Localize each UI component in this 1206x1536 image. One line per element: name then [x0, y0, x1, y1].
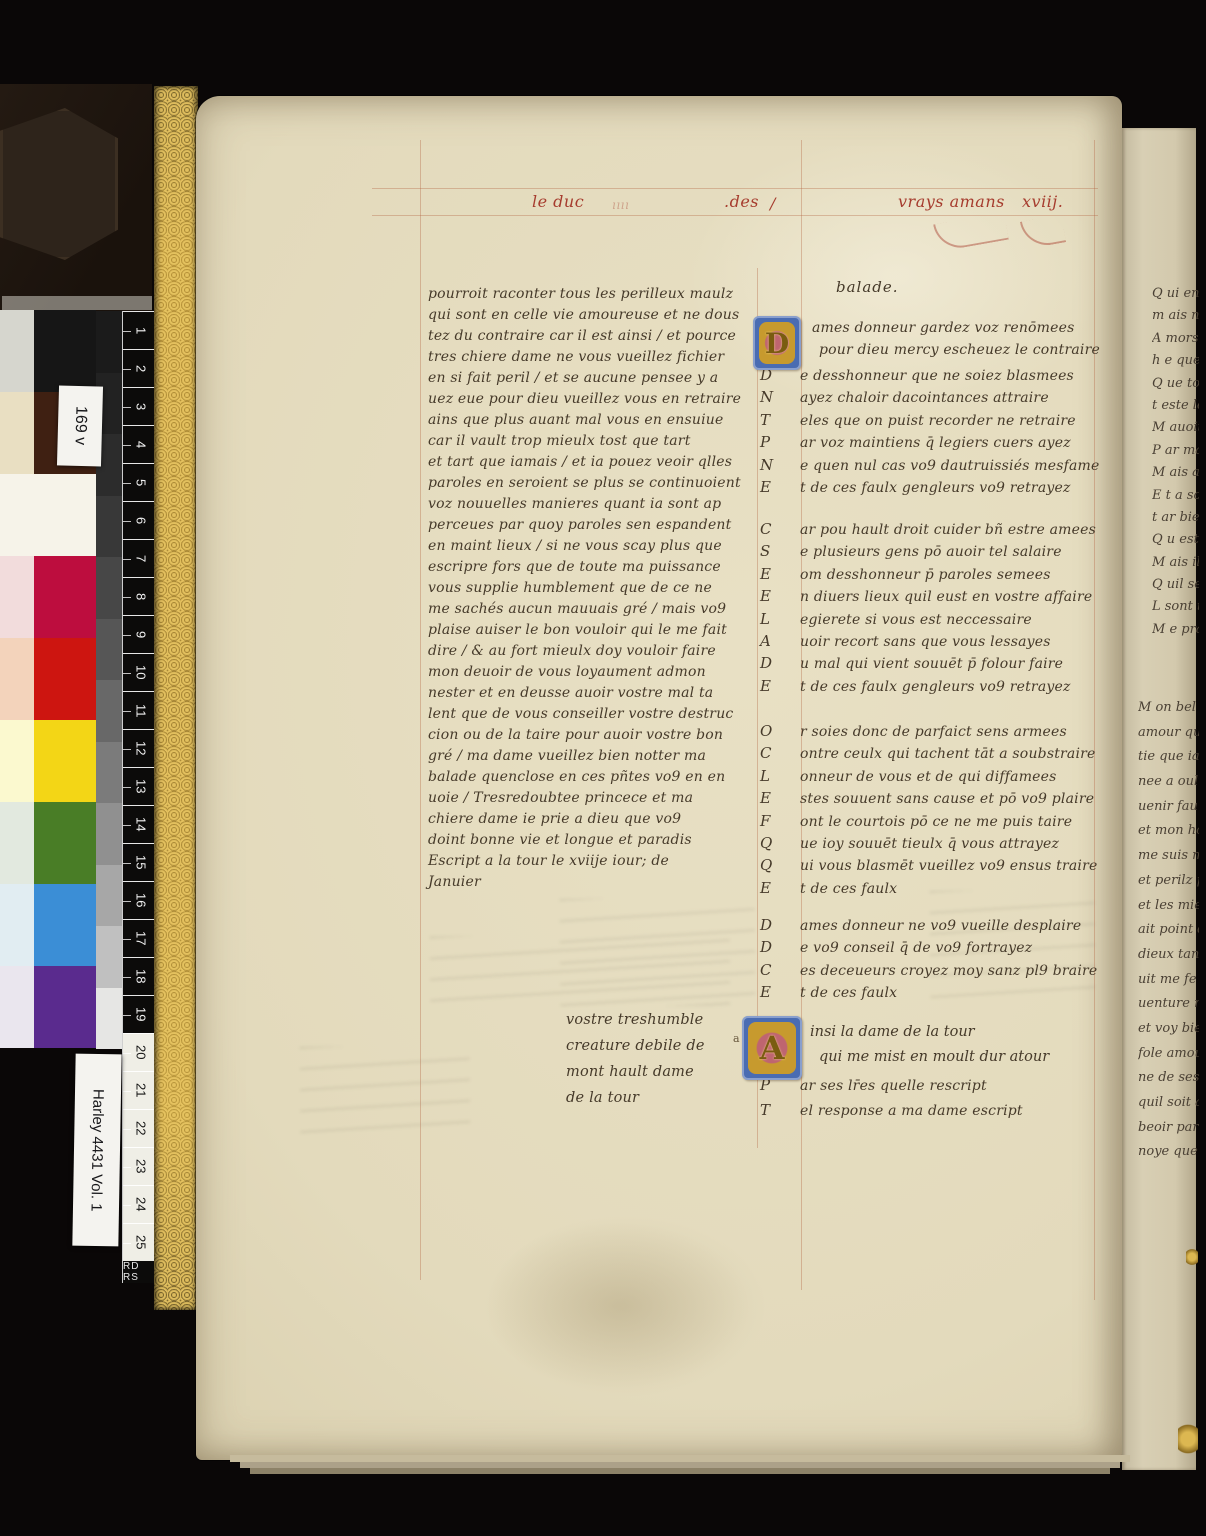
line-initial: L — [760, 767, 800, 785]
illuminated-initial-a: A — [742, 1016, 802, 1080]
color-patch-saturated — [34, 884, 96, 966]
manuscript-line: doint bonne vie et longue et paradis — [428, 832, 741, 853]
ruler-number: 7 — [134, 555, 149, 562]
ruler-number: 22 — [134, 1121, 149, 1135]
manuscript-line: dire / & au fort mieulx doy vouloir fair… — [428, 643, 741, 664]
poem-line: De vo9 conseil q̄ de vo9 fortrayez — [760, 938, 1097, 960]
manuscript-line: Escript a la tour le xviije iour; de — [428, 853, 741, 874]
line-initial: Q — [760, 856, 800, 874]
line-text: ames donneur ne vo9 vueille desplaire — [800, 918, 1081, 934]
manuscript-line: ains que plus auant mal vous en ensuiue — [428, 412, 741, 433]
signature-line: creature debile de — [566, 1038, 705, 1064]
fore-edge-line: Q uil sen — [1152, 577, 1199, 599]
ruler-number: 4 — [134, 441, 149, 448]
ruler-number: 19 — [134, 1007, 149, 1021]
balade-envoy: Dames donneur ne vo9 vueille desplaireDe… — [760, 916, 1097, 1006]
line-text: egierete si vous est neccessaire — [800, 612, 1032, 628]
poem-line: De desshonneur que ne soiez blasmees — [760, 366, 1099, 388]
page-edge — [250, 1468, 1110, 1474]
fore-edge-line: et mon hon — [1138, 823, 1199, 848]
line-text: t de ces faulx — [800, 881, 897, 897]
ruler-number: 20 — [134, 1045, 149, 1059]
poem-line: Et de ces faulx — [760, 983, 1097, 1005]
line-text: e plusieurs gens pō auoir tel salaire — [800, 544, 1062, 560]
grayscale-step — [96, 742, 124, 804]
color-patch-saturated — [34, 966, 96, 1048]
poem-line: Ne quen nul cas vo9 dautruissiés mesfame — [760, 456, 1099, 478]
ruler-number: 25 — [134, 1235, 149, 1249]
fore-edge-line: noye que la — [1138, 1144, 1199, 1169]
line-initial: N — [760, 388, 800, 406]
line-initial: E — [760, 983, 800, 1001]
line-text: stes souuent sans cause et pō vo9 plaire — [800, 791, 1094, 807]
line-initial: S — [760, 542, 800, 560]
manuscript-line: en maint lieux / si ne vous scay plus qu… — [428, 538, 741, 559]
signature-line: vostre treshumble — [566, 1012, 705, 1038]
ruler-number: 5 — [134, 479, 149, 486]
ruler-number: 23 — [134, 1159, 149, 1173]
gilt-fleck — [1186, 1248, 1198, 1266]
ruler-number: 9 — [134, 631, 149, 638]
poem-line: Teles que on puist recorder ne retraire — [760, 411, 1099, 433]
fore-edge-line: ne de ses m — [1138, 1070, 1199, 1095]
line-initial: E — [760, 879, 800, 897]
closing-lines: Par ses lr̄es quelle rescriptTel respons… — [760, 1076, 1023, 1126]
ruler-number: 3 — [134, 403, 149, 410]
book-clasp — [0, 108, 118, 260]
line-text: t de ces faulx — [800, 985, 897, 1001]
ruler-number: 10 — [134, 665, 149, 679]
line-text: ue ioy souuēt tieulx q̄ vous attrayez — [800, 836, 1059, 852]
fore-edge-text-top: Q ui en fm ais neA morsh e que pQ ue tou… — [1152, 286, 1199, 644]
fore-edge-line: et voy bien — [1138, 1021, 1199, 1046]
color-patch-pale — [0, 966, 34, 1048]
fore-edge-text-bottom: M on bel aamour quitie que iaynee a oult… — [1138, 700, 1199, 1169]
poem-line: Car pou hault droit cuider bñ estre amee… — [760, 520, 1096, 542]
running-title-mid: .des — [724, 192, 759, 211]
signature-line: mont hault dame — [566, 1064, 705, 1090]
line-text: u mal qui vient souuēt p̄ folour faire — [800, 656, 1063, 672]
grayscale-step — [96, 680, 124, 742]
poem-line: Et de ces faulx gengleurs vo9 retrayez — [760, 677, 1096, 699]
poem-line: Par voz maintiens q̄ legiers cuers ayez — [760, 433, 1099, 455]
gilt-edge — [154, 86, 198, 1310]
fore-edge-line: M auoit f — [1152, 420, 1199, 442]
running-title-ditto: ıııı — [612, 198, 629, 212]
line-text: ui vous blasmēt vueillez vo9 ensus trair… — [800, 858, 1097, 874]
poem-line: insi la dame de la tour — [810, 1024, 1049, 1049]
line-initial: D — [760, 938, 800, 956]
line-initial: O — [760, 722, 800, 740]
manuscript-line: uez eue pour dieu vueillez vous en retra… — [428, 391, 741, 412]
poem-line: Et de ces faulx — [760, 879, 1097, 901]
color-patch-row — [0, 802, 96, 884]
show-through — [300, 1045, 471, 1141]
line-text: ont le courtois pō ce ne me puis taire — [800, 814, 1072, 830]
ruler-number: 17 — [134, 931, 149, 945]
line-text: el response a ma dame escript — [800, 1103, 1023, 1119]
poem-line: Que ioy souuēt tieulx q̄ vous attrayez — [760, 834, 1097, 856]
poem-line: qui me mist en moult dur atour — [819, 1049, 1049, 1074]
poem-line: Qui vous blasmēt vueillez vo9 ensus trai… — [760, 856, 1097, 878]
manuscript-line: paroles en seroient se plus se continuoi… — [428, 475, 741, 496]
line-initial: N — [760, 456, 800, 474]
running-title-right: vrays amans — [898, 192, 1005, 211]
poem-line: Ces deceueurs croyez moy sanz pl9 braire — [760, 961, 1097, 983]
manuscript-line: et tart que iamais / et ia pouez veoir q… — [428, 454, 741, 475]
poem-line: Contre ceulx qui tachent tāt a soubstrai… — [760, 744, 1097, 766]
manuscript-line: plaise auiser le bon vouloir qui le me f… — [428, 622, 741, 643]
ruler-number: 12 — [134, 741, 149, 755]
folio-label: 169 v — [57, 385, 103, 466]
fore-edge-line: uenir fau — [1138, 799, 1199, 824]
fore-edge-line: h e que p — [1152, 353, 1199, 375]
color-patch-saturated — [34, 638, 96, 720]
ruling-line — [372, 188, 1098, 189]
manuscript-line: tez du contraire car il est ainsi / et p… — [428, 328, 741, 349]
line-initial: P — [760, 433, 800, 451]
fore-edge-line: M e prast — [1152, 622, 1199, 644]
line-initial: A — [760, 632, 800, 650]
running-title-slash: / — [770, 194, 776, 213]
fore-edge-line: ait point d — [1138, 922, 1199, 947]
grayscale-step — [96, 619, 124, 681]
poem-line: Eom desshonneur p̄ paroles semees — [760, 565, 1096, 587]
ruler-number: 16 — [134, 893, 149, 907]
initial-letter: A — [742, 1016, 802, 1080]
fore-edge-line: uit me fe — [1138, 972, 1199, 997]
manuscript-line: en si fait peril / et se aucune pensee y… — [428, 370, 741, 391]
ruler-number: 2 — [134, 365, 149, 372]
line-initial: D — [760, 654, 800, 672]
manuscript-line: escripre fors que de toute ma puissance — [428, 559, 741, 580]
ruler-number: 6 — [134, 517, 149, 524]
ruler-number: 11 — [134, 704, 149, 718]
line-text: onneur de vous et de qui diffamees — [800, 769, 1057, 785]
ruler-number: 21 — [134, 1083, 149, 1097]
manuscript-line: gré / ma dame vueillez bien notter ma — [428, 748, 741, 769]
fore-edge-line: Q u est e — [1152, 532, 1199, 554]
line-text: eles que on puist recorder ne retraire — [800, 413, 1076, 429]
ruler-number: 15 — [134, 855, 149, 869]
poem-line: Dames donneur ne vo9 vueille desplaire — [760, 916, 1097, 938]
color-patch-pale — [0, 720, 34, 802]
poem-line: Du mal qui vient souuēt p̄ folour faire — [760, 654, 1096, 676]
fore-edge-line: m ais ne — [1152, 308, 1199, 330]
line-text: e desshonneur que ne soiez blasmees — [800, 368, 1074, 384]
fore-edge-line: et perilz p — [1138, 873, 1199, 898]
manuscript-line: mon deuoir de vous loyaument admon — [428, 664, 741, 685]
grayscale-step — [96, 988, 124, 1050]
grayscale-step — [96, 557, 124, 619]
line-text: ayez chaloir dacointances attraire — [800, 390, 1049, 406]
fore-edge-line: L sont tr — [1152, 599, 1199, 621]
fore-edge-line: M ais au — [1152, 465, 1199, 487]
color-patch-pale — [0, 638, 34, 720]
poem-line: Auoir recort sans que vous lessayes — [760, 632, 1096, 654]
closing-opening-lines: insi la dame de la tourqui me mist en mo… — [810, 1024, 1049, 1074]
fore-edge-line: Q ue tout — [1152, 376, 1199, 398]
manuscript-line: balade quenclose en ces pñtes vo9 en en — [428, 769, 741, 790]
fore-edge-line: uenture me — [1138, 996, 1199, 1021]
ruler-number: 18 — [134, 969, 149, 983]
manuscript-line: vous supplie humblement que de ce ne — [428, 580, 741, 601]
poem-line: En diuers lieux quil eust en vostre affa… — [760, 587, 1096, 609]
fore-edge-line: dieux tant — [1138, 947, 1199, 972]
fore-edge-line: et les mien — [1138, 898, 1199, 923]
fore-edge-line: fole amour — [1138, 1046, 1199, 1071]
manuscript-line: Januier — [428, 874, 741, 895]
balade-stanza-2: Car pou hault droit cuider bñ estre amee… — [760, 520, 1096, 699]
color-patch-saturated — [34, 310, 96, 392]
line-text: e vo9 conseil q̄ de vo9 fortrayez — [800, 940, 1032, 956]
poem-line: Font le courtois pō ce ne me puis taire — [760, 812, 1097, 834]
fore-edge-line: nee a oult — [1138, 774, 1199, 799]
line-initial: C — [760, 744, 800, 762]
grayscale-step — [96, 803, 124, 865]
poem-line: Estes souuent sans cause et pō vo9 plair… — [760, 789, 1097, 811]
fore-edge-line: t este le — [1152, 398, 1199, 420]
tape-strip — [2, 296, 152, 310]
color-patch-pale — [0, 310, 34, 392]
line-text: t de ces faulx gengleurs vo9 retrayez — [800, 480, 1071, 496]
color-patch-row — [0, 720, 96, 802]
manuscript-line: me sachés aucun mauuais gré / mais vo9 — [428, 601, 741, 622]
line-initial: C — [760, 520, 800, 538]
line-initial: L — [760, 610, 800, 628]
manuscript-line: chiere dame ie prie a dieu que vo9 — [428, 811, 741, 832]
ruling-line — [1094, 140, 1095, 1300]
line-initial: E — [760, 478, 800, 496]
signature-block: vostre treshumblecreature debile demont … — [566, 1012, 705, 1116]
poem-line: ames donneur gardez voz renōmees — [812, 320, 1100, 342]
manuscript-line: voz nouuelles manieres quant ia sont ap — [428, 496, 741, 517]
color-patch-row — [0, 966, 96, 1048]
ruler-number: 8 — [134, 593, 149, 600]
manuscript-line: tres chiere dame ne vous vueillez fichie… — [428, 349, 741, 370]
color-patch-pale — [0, 884, 34, 966]
ruler-number: 13 — [134, 779, 149, 793]
fore-edge-line: Q ui en f — [1152, 286, 1199, 308]
initial-letter: D — [753, 316, 801, 370]
color-patch-pale — [0, 802, 34, 884]
ruler-number: 1 — [134, 327, 149, 334]
color-patch-row — [0, 310, 96, 392]
manuscript-line: uoie / Tresredoubtee princece et ma — [428, 790, 741, 811]
poem-line: Lonneur de vous et de qui diffamees — [760, 767, 1097, 789]
line-initial: D — [760, 916, 800, 934]
manuscript-line: pourroit raconter tous les perilleux mau… — [428, 286, 741, 307]
manuscript-photo: 12345678910111213141516171819 2021222324… — [0, 0, 1206, 1536]
gilt-fleck — [1178, 1422, 1198, 1456]
fore-edge-line: tie que iay — [1138, 749, 1199, 774]
text-column-left: pourroit raconter tous les perilleux mau… — [428, 286, 741, 895]
line-text: uoir recort sans que vous lessayes — [800, 634, 1051, 650]
line-text: r soies donc de parfaict sens armees — [800, 724, 1067, 740]
fore-edge-line: A mors — [1152, 331, 1199, 353]
color-patch-pale — [0, 392, 34, 474]
fore-edge-line: E t a son — [1152, 488, 1199, 510]
poem-line: Nayez chaloir dacointances attraire — [760, 388, 1099, 410]
manuscript-line: perceues par quoy paroles sen espandent — [428, 517, 741, 538]
fore-edge-line: amour qui — [1138, 725, 1199, 750]
line-initial: E — [760, 677, 800, 695]
poem-line: Et de ces faulx gengleurs vo9 retrayez — [760, 478, 1099, 500]
running-title-left: le duc — [532, 192, 584, 211]
color-patch-saturated — [34, 474, 96, 556]
line-text: ar pou hault droit cuider bñ estre amees — [800, 522, 1096, 538]
poem-line: Legierete si vous est neccessaire — [760, 610, 1096, 632]
line-text: t de ces faulx gengleurs vo9 retrayez — [800, 679, 1071, 695]
ruler-number: 14 — [134, 817, 149, 831]
manuscript-line: nester et en deusse auoir vostre mal ta — [428, 685, 741, 706]
shelfmark-label: Harley 4431 Vol. 1 — [72, 1054, 121, 1247]
line-initial: Q — [760, 834, 800, 852]
fore-edge-line: M ais il d — [1152, 555, 1199, 577]
line-text: ar ses lr̄es quelle rescript — [800, 1078, 987, 1094]
color-patch-row — [0, 884, 96, 966]
line-initial: E — [760, 789, 800, 807]
fore-edge-line: beoir par c — [1138, 1120, 1199, 1145]
grayscale-step — [96, 311, 124, 373]
manuscript-line: qui sont en celle vie amoureuse et ne do… — [428, 307, 741, 328]
grayscale-step — [96, 865, 124, 927]
line-text: e quen nul cas vo9 dautruissiés mesfame — [800, 458, 1099, 474]
line-text: n diuers lieux quil eust en vostre affai… — [800, 589, 1092, 605]
color-patch-saturated — [34, 802, 96, 884]
line-initial: T — [760, 1101, 800, 1119]
fore-edge-line: quil soit ap — [1138, 1095, 1199, 1120]
fore-edge-line: t ar bien — [1152, 510, 1199, 532]
color-patch-row — [0, 556, 96, 638]
line-initial: T — [760, 411, 800, 429]
show-through — [430, 934, 731, 1009]
color-patch-row — [0, 638, 96, 720]
manuscript-line: lent que de vous conseiller vostre destr… — [428, 706, 741, 727]
balade-stanza-1: De desshonneur que ne soiez blasmeesNaye… — [760, 366, 1099, 500]
grayscale-step — [96, 926, 124, 988]
color-patch-saturated — [34, 556, 96, 638]
grayscale-step — [96, 496, 124, 558]
line-text: es deceueurs croyez moy sanz pl9 braire — [800, 963, 1097, 979]
line-initial: E — [760, 565, 800, 583]
line-text: ontre ceulx qui tachent tāt a soubstrair… — [800, 746, 1096, 762]
color-patch-pale — [0, 556, 34, 638]
line-initial: E — [760, 587, 800, 605]
poem-line: Tel response a ma dame escript — [760, 1101, 1023, 1126]
color-patch-saturated — [34, 720, 96, 802]
chapter-number: xviij. — [1022, 192, 1063, 211]
line-initial: C — [760, 961, 800, 979]
ruler-number: 24 — [134, 1197, 149, 1211]
color-patch-row — [0, 474, 96, 556]
manuscript-line: car il vault trop mieulx tost que tart — [428, 433, 741, 454]
line-text: om desshonneur p̄ paroles semees — [800, 567, 1051, 583]
fore-edge-line: P ar mai — [1152, 443, 1199, 465]
poem-line: Or soies donc de parfaict sens armees — [760, 722, 1097, 744]
fore-edge-line: M on bel a — [1138, 700, 1199, 725]
balade-stanza-3: Or soies donc de parfaict sens armeesCon… — [760, 722, 1097, 901]
manuscript-line: cion ou de la taire pour auoir vostre bo… — [428, 727, 741, 748]
balade-heading: balade. — [836, 278, 899, 296]
illuminated-initial-d: D — [753, 316, 801, 370]
signature-line: de la tour — [566, 1090, 705, 1116]
line-text: ar voz maintiens q̄ legiers cuers ayez — [800, 435, 1071, 451]
line-initial: F — [760, 812, 800, 830]
poem-line: Se plusieurs gens pō auoir tel salaire — [760, 542, 1096, 564]
color-patch-pale — [0, 474, 34, 556]
balade-opening-lines: ames donneur gardez voz renōmeespour die… — [812, 320, 1100, 365]
poem-line: pour dieu mercy escheuez le contraire — [819, 342, 1100, 364]
page-edge — [230, 1455, 1130, 1462]
guide-letter: a — [733, 1032, 740, 1045]
fore-edge-line: me suis mi — [1138, 848, 1199, 873]
